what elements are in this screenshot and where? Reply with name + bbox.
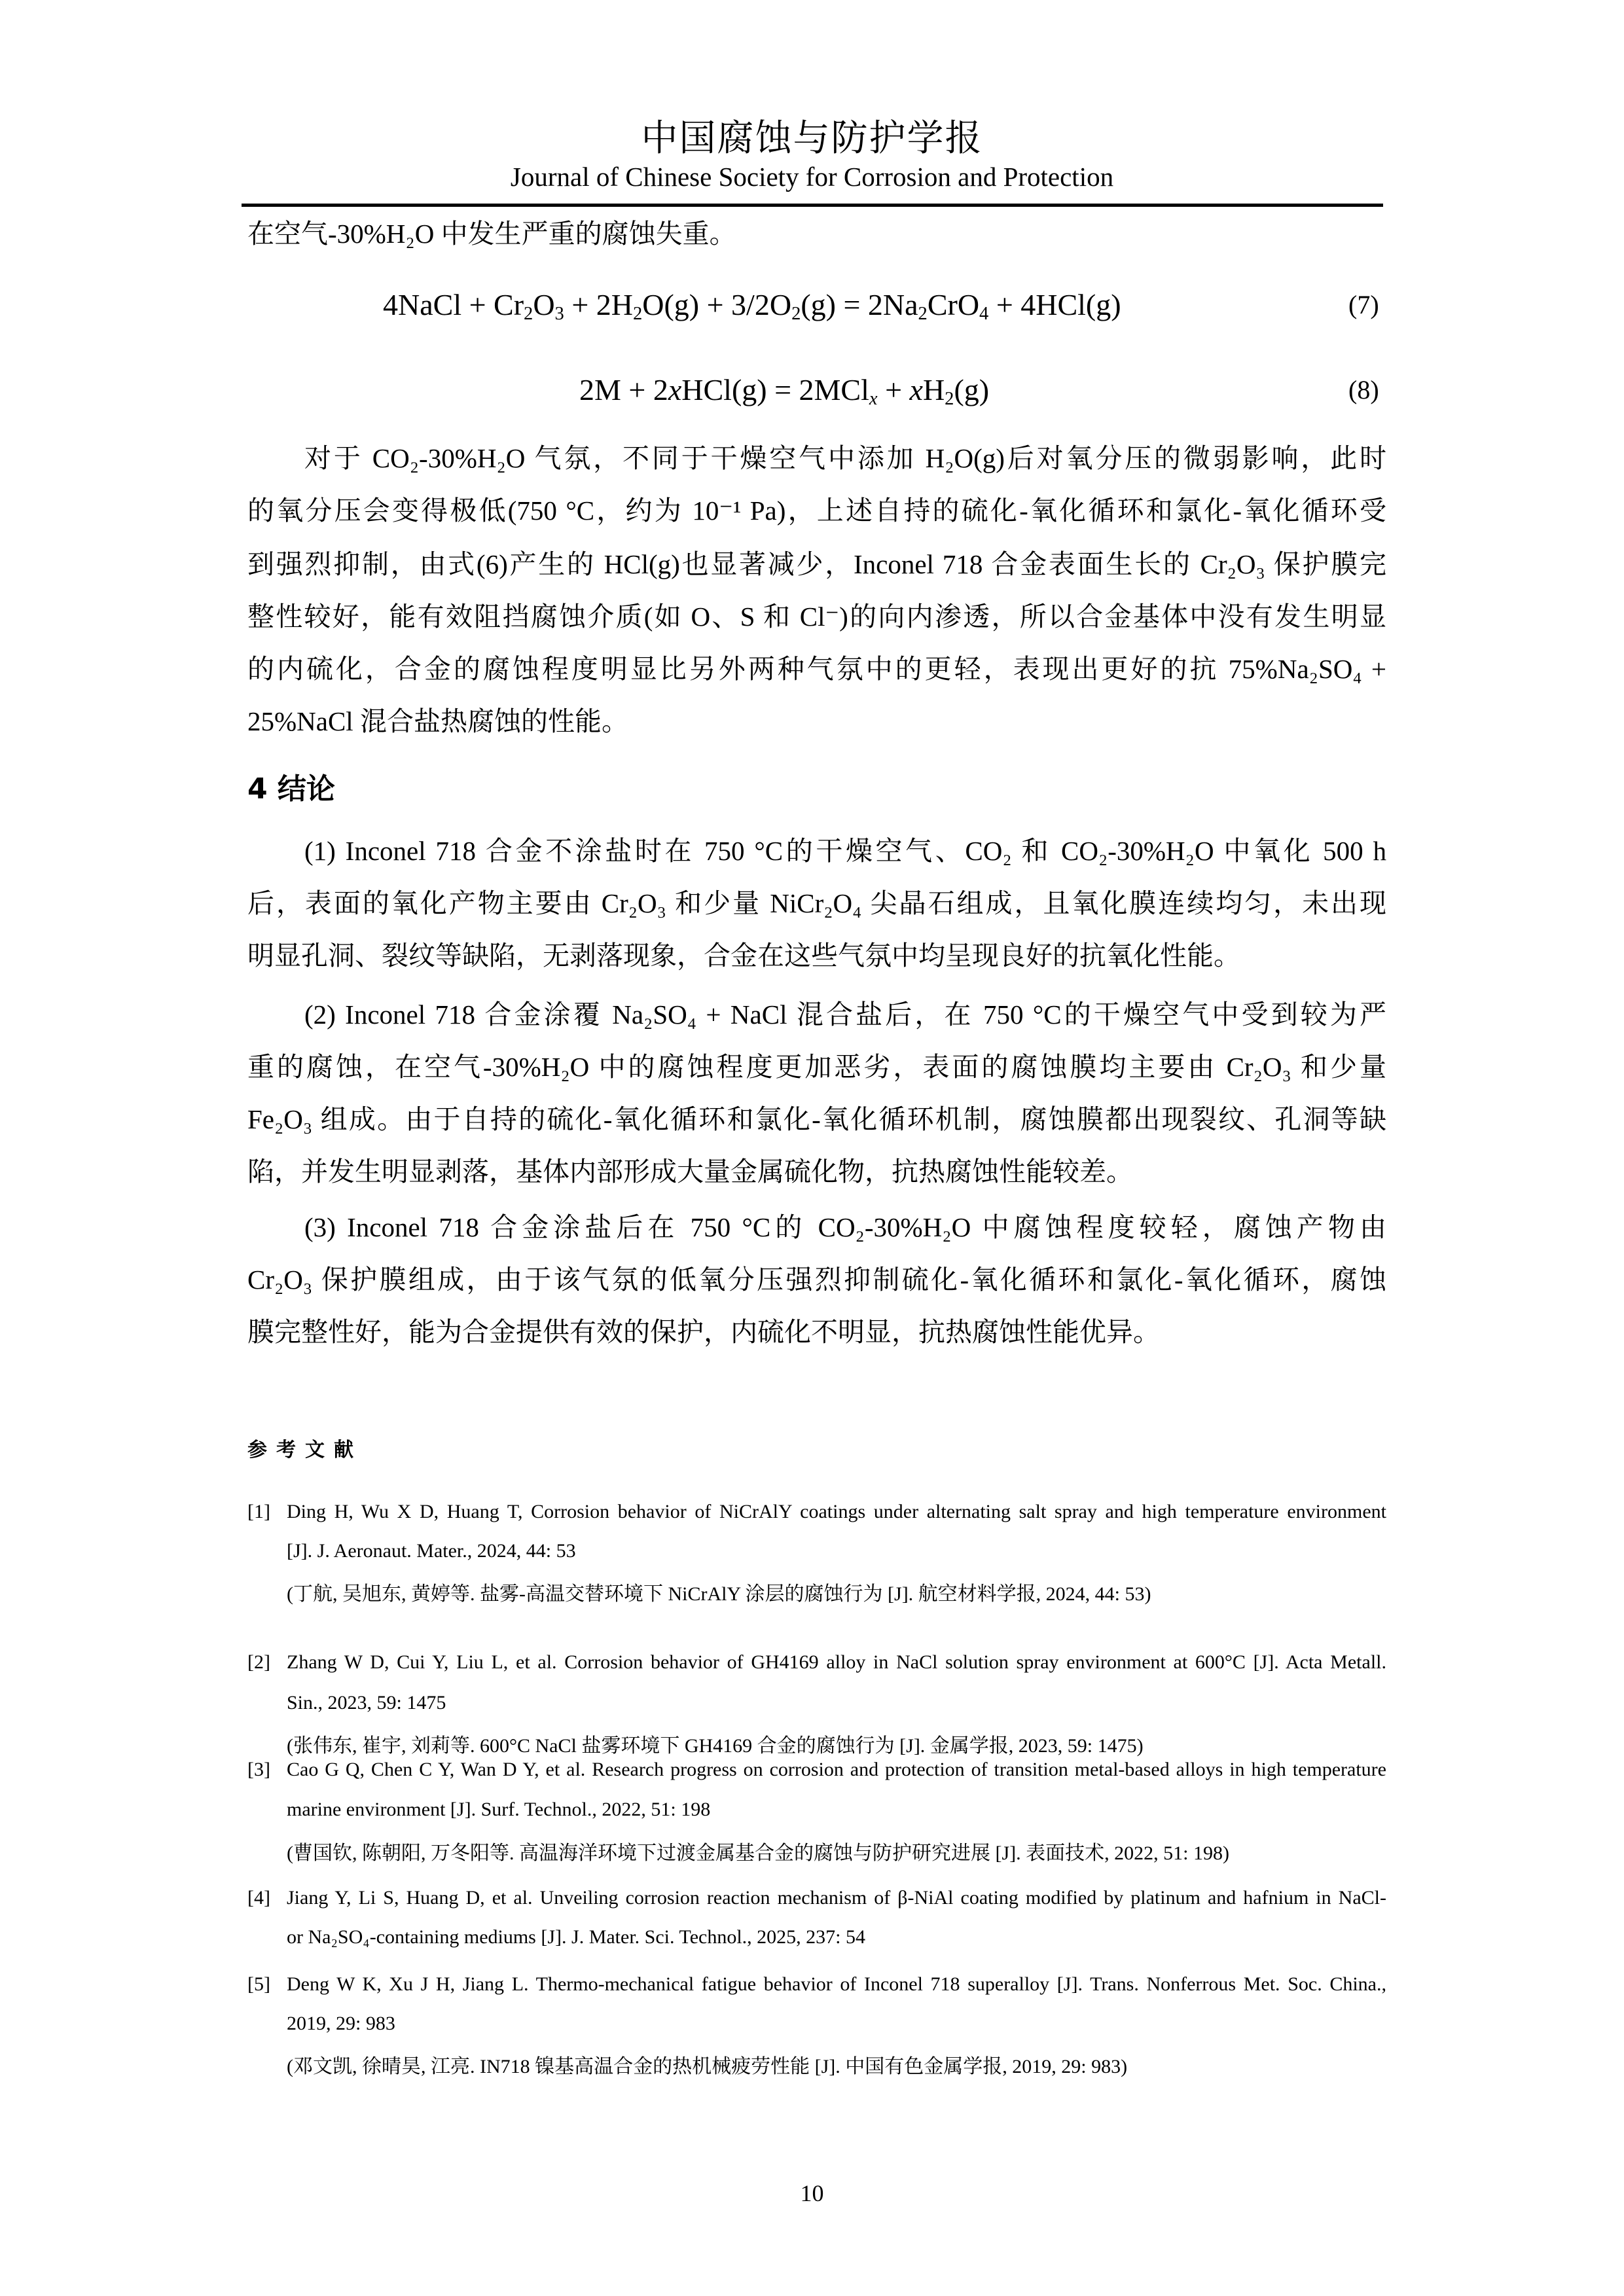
paragraph-line: 到强烈抑制，由式(6)产生的 HCl(g)也显著减少，Inconel 718 合…	[247, 548, 1386, 581]
reference-line: 2019, 29: 983	[287, 2011, 1386, 2037]
paragraph-line: 整性较好，能有效阻挡腐蚀介质(如 O、S 和 Cl⁻)的向内渗透，所以合金基体中…	[247, 600, 1386, 633]
reference-line: Sin., 2023, 59: 1475	[287, 1690, 1386, 1716]
paragraph-line: 重的腐蚀，在空气-30%H₂O 中的腐蚀程度更加恶劣，表面的腐蚀膜均主要由 Cr…	[247, 1050, 1386, 1083]
reference-number: [5]	[247, 1971, 270, 1998]
reference-line: Zhang W D, Cui Y, Liu L, et al. Corrosio…	[287, 1649, 1386, 1676]
paragraph-line: 后，表面的氧化产物主要由 Cr₂O₃ 和少量 NiCr₂O₄ 尖晶石组成，且氧化…	[247, 887, 1386, 920]
paragraph-line: 膜完整性好，能为合金提供有效的保护，内硫化不明显，抗热腐蚀性能优异。	[247, 1316, 1386, 1348]
journal-title-cn: 中国腐蚀与防护学报	[0, 118, 1624, 160]
reference-number: [3]	[247, 1757, 270, 1783]
reference-line-cn: (邓文凯, 徐晴昊, 江亮. IN718 镍基高温合金的热机械疲劳性能 [J].…	[287, 2054, 1386, 2080]
reference-line: marine environment [J]. Surf. Technol., …	[287, 1797, 1386, 1823]
reference-number: [2]	[247, 1649, 270, 1676]
page-number: 10	[0, 2179, 1624, 2207]
reference-line: or Na₂SO₄-containing mediums [J]. J. Mat…	[287, 1924, 1386, 1950]
equation-number-8: (8)	[1348, 372, 1379, 408]
paragraph-line: 明显孔洞、裂纹等缺陷，无剥落现象，合金在这些气氛中均呈现良好的抗氧化性能。	[247, 939, 1386, 972]
paragraph-line: (2) Inconel 718 合金涂覆 Na₂SO₄ + NaCl 混合盐后，…	[304, 998, 1386, 1031]
paragraph-line: 的氧分压会变得极低(750 °C，约为 10⁻¹ Pa)，上述自持的硫化-氧化循…	[247, 494, 1386, 527]
paragraph-line: 对于 CO₂-30%H₂O 气氛，不同于干燥空气中添加 H₂O(g)后对氧分压的…	[304, 442, 1386, 475]
carryover-line: 在空气-30%H₂O 中发生严重的腐蚀失重。	[247, 217, 1386, 250]
references-title: 参考文献	[247, 1433, 363, 1462]
paragraph-line: 陷，并发生明显剥落，基体内部形成大量金属硫化物，抗热腐蚀性能较差。	[247, 1155, 1386, 1188]
reference-line: Jiang Y, Li S, Huang D, et al. Unveiling…	[287, 1885, 1386, 1911]
paragraph-line: (3) Inconel 718 合金涂盐后在 750 °C的 CO₂-30%H₂…	[304, 1211, 1386, 1244]
paragraph-line: (1) Inconel 718 合金不涂盐时在 750 °C的干燥空气、CO₂ …	[304, 834, 1386, 867]
reference-line: Cao G Q, Chen C Y, Wan D Y, et al. Resea…	[287, 1757, 1386, 1783]
reference-line: Ding H, Wu X D, Huang T, Corrosion behav…	[287, 1499, 1386, 1525]
paragraph-line: 25%NaCl 混合盐热腐蚀的性能。	[247, 705, 1386, 738]
equation-number-7: (7)	[1348, 287, 1379, 323]
section-heading-conclusion: 4 结论	[247, 772, 335, 806]
equation-7: 4NaCl + Cr2O3 + 2H2O(g) + 3/2O2(g) = 2Na…	[383, 287, 1121, 323]
reference-number: [4]	[247, 1885, 270, 1911]
reference-line: [J]. J. Aeronaut. Mater., 2024, 44: 53	[287, 1538, 1386, 1564]
paragraph-line: Fe₂O₃ 组成。由于自持的硫化-氧化循环和氯化-氧化循环机制，腐蚀膜都出现裂纹…	[247, 1103, 1386, 1136]
reference-line-cn: (丁航, 吴旭东, 黄婷等. 盐雾-高温交替环境下 NiCrAlY 涂层的腐蚀行…	[287, 1581, 1386, 1607]
paragraph-line: 的内硫化，合金的腐蚀程度明显比另外两种气氛中的更轻，表现出更好的抗 75%Na₂…	[247, 653, 1386, 685]
reference-line: Deng W K, Xu J H, Jiang L. Thermo-mechan…	[287, 1971, 1386, 1998]
reference-number: [1]	[247, 1499, 270, 1525]
header-rule	[242, 204, 1383, 207]
paragraph-line: Cr₂O₃ 保护膜组成，由于该气氛的低氧分压强烈抑制硫化-氧化循环和氯化-氧化循…	[247, 1263, 1386, 1296]
equation-8: 2M + 2xHCl(g) = 2MClx + xH2(g)	[579, 372, 989, 408]
journal-title-en: Journal of Chinese Society for Corrosion…	[0, 160, 1624, 194]
reference-line-cn: (曹国钦, 陈朝阳, 万冬阳等. 高温海洋环境下过渡金属基合金的腐蚀与防护研究进…	[287, 1840, 1386, 1867]
reference-line-cn: (张伟东, 崔宇, 刘莉等. 600°C NaCl 盐雾环境下 GH4169 合…	[287, 1733, 1386, 1759]
